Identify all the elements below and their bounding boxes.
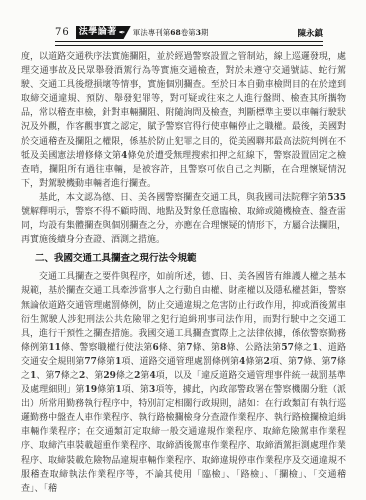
paragraph: 基此，本文認為德、日、美各國警察攔查交通工具，與我國司法院釋字第535號解釋明示… [21,191,346,247]
author-name: 陳永鎮 [297,27,323,39]
paragraph-continuation: 度，以道路交通秩序法實施攔阻，並於經過警察設置之管制站，線上巡邏發現，處理交通事… [21,50,346,191]
section-heading: 二、我國交通工具攔查之現行法令規範 [35,252,346,265]
journal-logo-text: 法學論著 [76,26,119,39]
journal-page: 76 法學論著 ✒ 軍法專刊第68卷第3期 陳永鎮 度，以道路交通秩序法實施攔阻… [0,0,366,500]
journal-issue-info: 軍法專刊第68卷第3期 [133,27,209,38]
header-divider [55,41,323,46]
paragraph: 交通工具攔查之要件與程序，如前所述，德、日、美各國皆有維護人權之基本規範，基於攔… [21,270,346,496]
pen-icon: ✒ [119,26,131,39]
page-number: 76 [55,27,70,38]
page-header: 76 法學論著 ✒ 軍法專刊第68卷第3期 陳永鎮 [55,26,323,39]
article-body: 度，以道路交通秩序法實施攔阻，並於經過警察設置之管制站，線上巡邏發現，處理交通事… [21,50,346,496]
pen-glyph: ✒ [119,28,126,37]
journal-logo: 法學論著 ✒ [76,26,131,39]
